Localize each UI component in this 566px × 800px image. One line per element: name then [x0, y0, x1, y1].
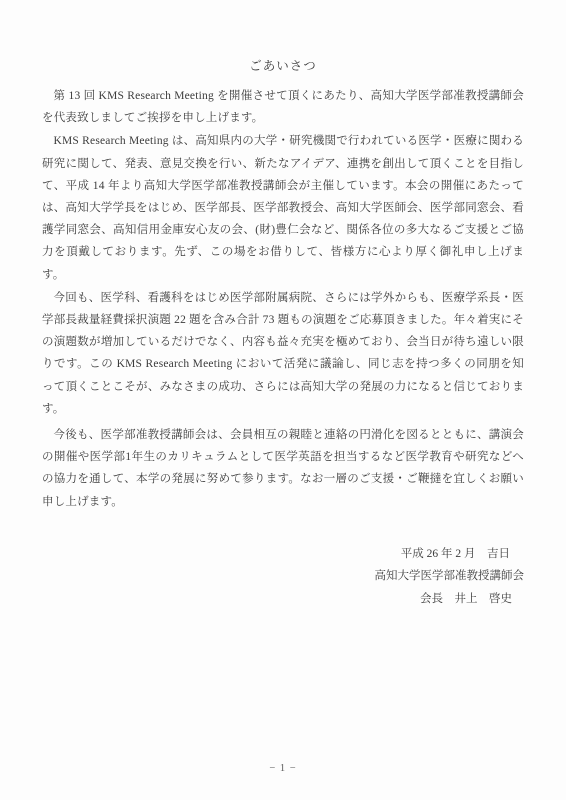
signature-block: 平成 26 年 2 月 吉日 高知大学医学部准教授講師会 会長 井上 啓史 [42, 543, 524, 611]
page-title: ごあいさつ [42, 56, 524, 74]
signature-name: 会長 井上 啓史 [42, 588, 524, 611]
body-paragraph-4: 今後も、医学部准教授講師会は、会員相互の親睦と連絡の円滑化を図るとともに、講演会… [42, 424, 524, 513]
page-number: − 1 − [0, 763, 566, 774]
body-paragraph-2: KMS Research Meeting は、高知県内の大学・研究機関で行われて… [42, 130, 524, 285]
document-page: ごあいさつ 第 13 回 KMS Research Meeting を開催させて… [0, 0, 566, 800]
body-paragraph-3: 今回も、医学科、看護科をはじめ医学部附属病院、さらには学外からも、医療学系長・医… [42, 287, 524, 420]
body-paragraph-1: 第 13 回 KMS Research Meeting を開催させて頂くにあたり… [42, 85, 524, 129]
signature-date: 平成 26 年 2 月 吉日 [42, 543, 524, 566]
signature-organization: 高知大学医学部准教授講師会 [42, 565, 524, 588]
document-body: 第 13 回 KMS Research Meeting を開催させて頂くにあたり… [42, 85, 524, 513]
